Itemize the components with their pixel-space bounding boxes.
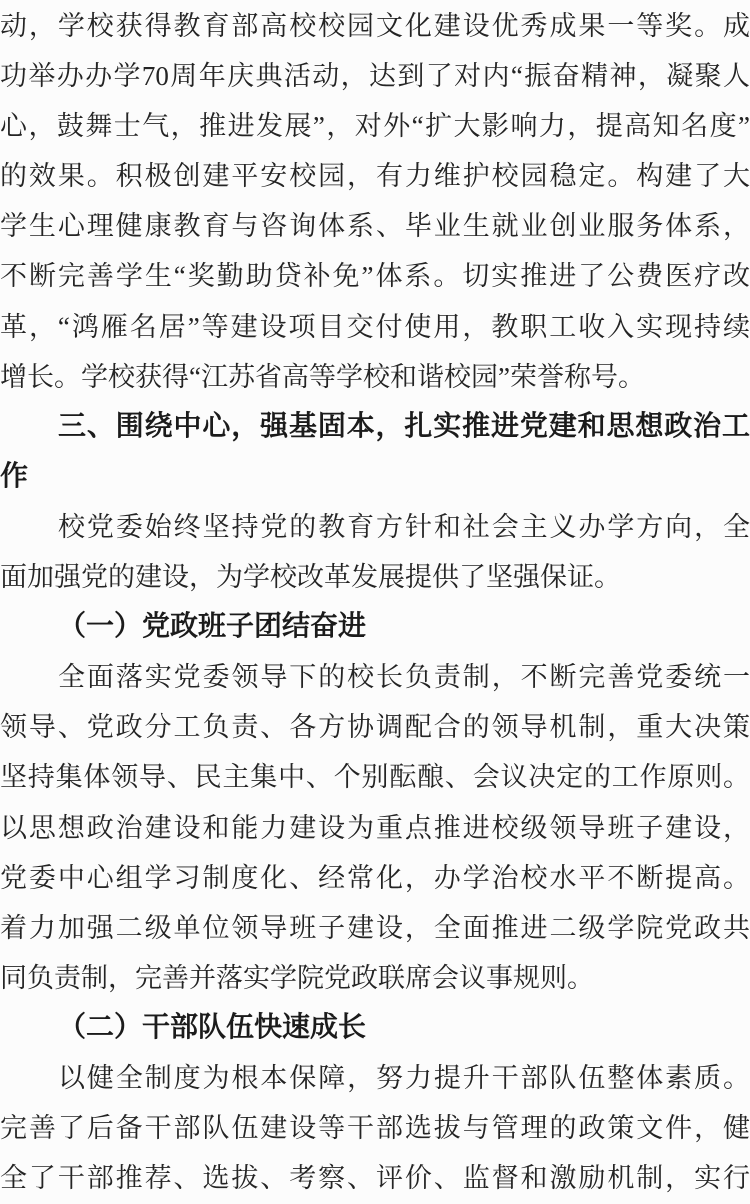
text-line: 不断完善学生“奖勤助贷补免”体系。切实推进了公费医疗改 — [0, 251, 750, 301]
text-line: 完善了后备干部队伍建设等干部选拔与管理的政策文件，健 — [0, 1103, 750, 1153]
text-line: 同负责制，完善并落实学院党政联席会议事规则。 — [0, 953, 750, 1003]
text-line: 革，“鸿雁名居”等建设项目交付使用，教职工收入实现持续 — [0, 302, 750, 352]
text-line: 面加强党的建设，为学校改革发展提供了坚强保证。 — [0, 552, 750, 602]
text-line: 党委中心组学习制度化、经常化，办学治校水平不断提高。 — [0, 853, 750, 903]
text-line: 校党委始终坚持党的教育方针和社会主义办学方向，全 — [0, 502, 750, 552]
section-heading-line: 作 — [0, 452, 750, 502]
text-line: 的效果。积极创建平安校园，有力维护校园稳定。构建了大 — [0, 151, 750, 201]
text-line: 功举办办学70周年庆典活动，达到了对内“振奋精神，凝聚人 — [0, 51, 750, 101]
text-line: 以思想政治建设和能力建设为重点推进校级领导班子建设， — [0, 803, 750, 853]
text-line: 以健全制度为根本保障，努力提升干部队伍整体素质。 — [0, 1053, 750, 1103]
text-line: 心，鼓舞士气，推进发展”，对外“扩大影响力，提高知名度” — [0, 101, 750, 151]
text-line: 坚持集体领导、民主集中、个别酝酿、会议决定的工作原则。 — [0, 752, 750, 802]
document-page: 动，学校获得教育部高校校园文化建设优秀成果一等奖。成 功举办办学70周年庆典活动… — [0, 0, 750, 1204]
text-line: 着力加强二级单位领导班子建设，全面推进二级学院党政共 — [0, 903, 750, 953]
text-line: 学生心理健康教育与咨询体系、毕业生就业创业服务体系， — [0, 201, 750, 251]
text-line: 全面落实党委领导下的校长负责制，不断完善党委统一 — [0, 652, 750, 702]
section-heading-line: 三、围绕中心，强基固本，扎实推进党建和思想政治工 — [0, 402, 750, 452]
text-line: 领导、党政分工负责、各方协调配合的领导机制，重大决策 — [0, 702, 750, 752]
text-line: 动，学校获得教育部高校校园文化建设优秀成果一等奖。成 — [0, 1, 750, 51]
subsection-heading-line: （一）党政班子团结奋进 — [0, 602, 750, 652]
text-line: 全了干部推荐、选拔、考察、评价、监督和激励机制，实行 — [0, 1153, 750, 1203]
subsection-heading-line: （二）干部队伍快速成长 — [0, 1003, 750, 1053]
text-line: 增长。学校获得“江苏省高等学校和谐校园”荣誉称号。 — [0, 352, 750, 402]
